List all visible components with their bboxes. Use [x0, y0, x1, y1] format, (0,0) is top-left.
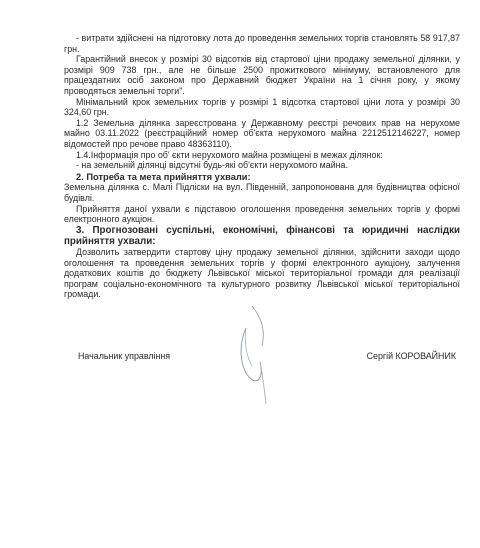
paragraph-resolution-basis: Прийняття даної ухвали є підставою оголо…: [64, 204, 460, 225]
paragraph-registry: 1.2 Земельна ділянка зареєстрована у Дер…: [64, 118, 460, 150]
paragraph-consequences: Дозволить затвердити стартову ціну прода…: [64, 247, 460, 300]
document-body: - витрати здійснені на підготовку лота д…: [64, 33, 460, 300]
paragraph-property-info: 1.4.Інформація про об' єкти нерухомого м…: [64, 150, 460, 161]
paragraph-land-purpose: Земельна ділянка с. Малі Підліски на вул…: [64, 182, 460, 203]
section-heading-2: 2. Потреба та мета прийняття ухвали:: [64, 172, 460, 183]
paragraph-guarantee-deposit: Гарантійний внесок у розмірі 30 відсоткі…: [64, 54, 460, 96]
section-heading-3: 3. Прогнозовані суспільні, економічні, ф…: [64, 225, 460, 247]
signatory-name: Сергій КОРОВАЙНИК: [367, 351, 460, 361]
signatory-position: Начальник управління: [64, 351, 170, 361]
signature-block: Начальник управління Сергій КОРОВАЙНИК: [64, 351, 460, 361]
paragraph-lot-costs: - витрати здійснені на підготовку лота д…: [64, 33, 460, 54]
paragraph-no-property: - на земельній ділянці відсутні будь-які…: [64, 160, 460, 171]
paragraph-minimum-step: Мінімальний крок земельних торгів у розм…: [64, 97, 460, 118]
